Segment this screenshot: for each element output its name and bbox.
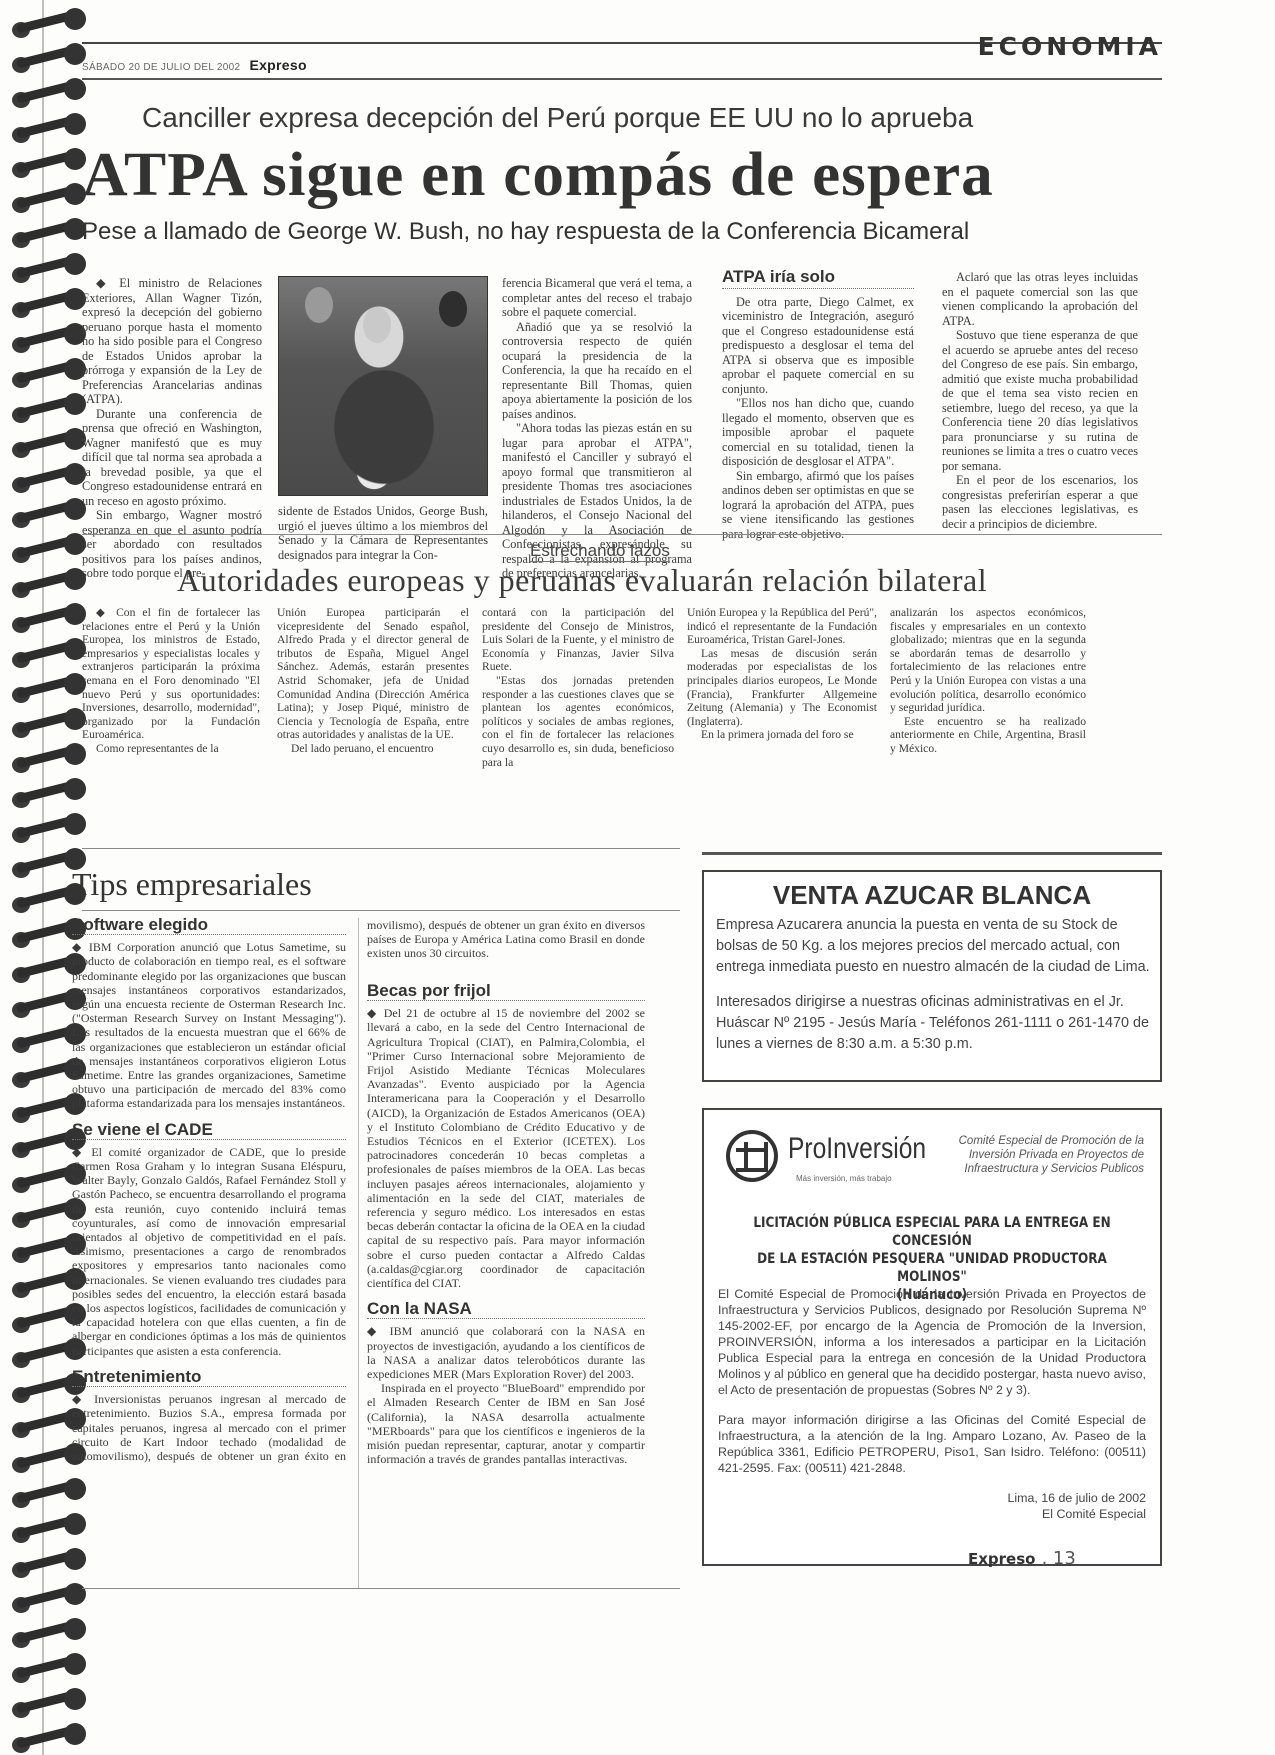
- sugar-sale-ad: VENTA AZUCAR BLANCA Empresa Azucarera an…: [702, 870, 1162, 1082]
- paragraph: "Ellos nos han dicho que, cuando llegado…: [722, 396, 914, 469]
- lead-kicker: Canciller expresa decepción del Perú por…: [142, 102, 973, 134]
- coil-hole: [64, 1653, 86, 1675]
- spiral-coil: [12, 148, 82, 178]
- spiral-coil: [12, 813, 82, 843]
- spiral-coil: [12, 1723, 82, 1753]
- coil-hole: [64, 813, 86, 835]
- section-label: ECONOMIA: [978, 32, 1162, 61]
- coil-hole: [64, 253, 86, 275]
- spiral-coil: [12, 253, 82, 283]
- footer-brand: Expreso: [968, 1550, 1035, 1568]
- paragraph: ◆ El ministro de Relaciones Exteriores, …: [82, 276, 262, 407]
- paragraph: Durante una conferencia de prensa que of…: [82, 407, 262, 509]
- spiral-coil: [12, 778, 82, 808]
- paragraph: Las mesas de discusión serán moderadas p…: [687, 647, 877, 729]
- spiral-coil: [12, 323, 82, 353]
- ad-title: VENTA AZUCAR BLANCA: [704, 880, 1160, 911]
- paragraph: En el peor de los escenarios, los congre…: [942, 473, 1138, 531]
- spiral-coil: [12, 1513, 82, 1543]
- paragraph: De otra parte, Diego Calmet, ex vicemini…: [722, 295, 914, 397]
- proinversion-logo-icon: [726, 1130, 778, 1182]
- spiral-coil: [12, 533, 82, 563]
- second-column-1: ◆ Con el fin de fortalecer las relacione…: [82, 606, 260, 756]
- tip-title: Software elegido: [72, 918, 346, 935]
- ad-paragraph: Para mayor información dirigirse a las O…: [718, 1412, 1146, 1476]
- paragraph: En la primera jornada del foro se: [687, 728, 877, 742]
- ad-body: Empresa Azucarera anuncia la puesta en v…: [704, 911, 1160, 1055]
- coil-hole: [64, 778, 86, 800]
- paragraph: "Estas dos jornadas pretenden responder …: [482, 674, 674, 769]
- paragraph: Sin embargo, afirmó que los países andin…: [722, 469, 914, 542]
- spiral-coil: [12, 1583, 82, 1613]
- tips-column-2: movilismo), después de obtener un gran é…: [367, 918, 645, 1467]
- paragraph: Del lado peruano, el encuentro: [277, 742, 469, 756]
- ad-signature: El Comité Especial: [718, 1506, 1146, 1522]
- lead-headline: ATPA sigue en compás de espera: [82, 140, 994, 211]
- logo-name: ProInversión: [788, 1132, 926, 1166]
- divider-rule: [82, 910, 680, 911]
- tip-title: Entretenimiento: [72, 1370, 346, 1387]
- coil-hole: [64, 113, 86, 135]
- spiral-coil: [12, 113, 82, 143]
- column-rule: [358, 918, 359, 1588]
- spiral-coil: [12, 673, 82, 703]
- tip-title: Se viene el CADE: [72, 1123, 346, 1140]
- second-column-2: Unión Europea participarán el vicepresid…: [277, 606, 469, 756]
- tender-title-line: DE LA ESTACIÓN PESQUERA "UNIDAD PRODUCTO…: [736, 1250, 1128, 1286]
- tip-title: Con la NASA: [367, 1302, 645, 1319]
- ad-paragraph: El Comité Especial de Promoción de la In…: [718, 1286, 1146, 1398]
- spiral-coil: [12, 1688, 82, 1718]
- spiral-coil: [12, 1478, 82, 1508]
- tip-text: Inspirada en el proyecto "BlueBoard" emp…: [367, 1381, 645, 1466]
- tip-text-continued: movilismo), después de obtener un gran é…: [367, 918, 645, 976]
- header-rule-bottom: [82, 78, 1162, 80]
- logo-tagline: Más inversión, más trabajo: [796, 1174, 892, 1183]
- coil-hole: [64, 1618, 86, 1640]
- tip-text: ◆ Inversionistas peruanos ingresan al me…: [72, 1392, 346, 1464]
- second-column-5: analizarán los aspectos económicos, fisc…: [890, 606, 1086, 756]
- lead-deck: Pese a llamado de George W. Bush, no hay…: [82, 218, 969, 246]
- page-footer: Expreso, 13: [968, 1548, 1076, 1569]
- spiral-coil: [12, 463, 82, 493]
- coil-hole: [64, 1723, 86, 1745]
- spiral-coil: [12, 498, 82, 528]
- coil-hole: [64, 1688, 86, 1710]
- dateline-text: SÁBADO 20 DE JULIO DEL 2002: [82, 62, 240, 73]
- spiral-coil: [12, 8, 82, 38]
- spiral-coil: [12, 743, 82, 773]
- paragraph: Añadió que ya se resolvió la controversi…: [502, 320, 692, 422]
- paragraph: Unión Europea participarán el vicepresid…: [277, 606, 469, 742]
- paragraph: sidente de Estados Unidos, George Bush, …: [278, 504, 488, 562]
- paragraph: Unión Europea y la República del Perú", …: [687, 606, 877, 647]
- tips-column-1: Software elegido ◆ IBM Corporation anunc…: [72, 918, 346, 1464]
- paragraph: ferencia Bicameral que verá el tema, a c…: [502, 276, 692, 320]
- paragraph: analizarán los aspectos económicos, fisc…: [890, 606, 1086, 715]
- spiral-coil: [12, 708, 82, 738]
- ad-paragraph: Empresa Azucarera anuncia la puesta en v…: [716, 915, 1150, 978]
- ad-date: Lima, 16 de julio de 2002: [718, 1490, 1146, 1506]
- paragraph: contará con la participación del preside…: [482, 606, 674, 674]
- spiral-coil: [12, 393, 82, 423]
- photo-face: [305, 287, 333, 323]
- bush-photo: [278, 276, 488, 496]
- ad-body: El Comité Especial de Promoción de la In…: [718, 1286, 1146, 1522]
- sidebar-title: ATPA iría solo: [722, 270, 914, 289]
- photo-face: [439, 291, 467, 327]
- paragraph: Sostuvo que tiene esperanza de que el ac…: [942, 328, 1138, 473]
- spiral-binding: [0, 0, 80, 1755]
- divider-rule: [702, 852, 1162, 855]
- committee-name: Comité Especial de Promoción de la Inver…: [934, 1134, 1144, 1176]
- coil-hole: [64, 1548, 86, 1570]
- spiral-coil: [12, 288, 82, 318]
- paragraph: Como representantes de la: [82, 742, 260, 756]
- tips-section-title: Tips empresariales: [72, 866, 312, 903]
- coil-hole: [64, 8, 86, 30]
- page-number: , 13: [1041, 1548, 1075, 1569]
- spiral-coil: [12, 218, 82, 248]
- second-kicker: Estrechando lazos: [530, 541, 670, 562]
- photo-face: [363, 307, 391, 343]
- lead-column-2: sidente de Estados Unidos, George Bush, …: [278, 504, 488, 562]
- proinversion-ad: ProInversión Más inversión, más trabajo …: [702, 1108, 1162, 1566]
- spiral-coil: [12, 638, 82, 668]
- spiral-coil: [12, 1548, 82, 1578]
- divider-rule: [82, 848, 680, 849]
- spiral-coil: [12, 428, 82, 458]
- tip-text: ◆ Del 21 de octubre al 15 de noviembre d…: [367, 1006, 645, 1290]
- coil-hole: [64, 1513, 86, 1535]
- second-headline: Autoridades europeas y peruanas evaluará…: [177, 562, 987, 599]
- spiral-coil: [12, 183, 82, 213]
- spiral-coil: [12, 43, 82, 73]
- coil-hole: [64, 1478, 86, 1500]
- paragraph: Este encuentro se ha realizado anteriorm…: [890, 715, 1086, 756]
- spiral-coil: [12, 1618, 82, 1648]
- lead-column-5: Aclaró que las otras leyes incluidas en …: [942, 270, 1138, 531]
- tip-text: ◆ El comité organizador de CADE, que lo …: [72, 1145, 346, 1358]
- spiral-coil: [12, 603, 82, 633]
- divider-rule: [82, 534, 1162, 535]
- second-column-3: contará con la participación del preside…: [482, 606, 674, 769]
- dateline: SÁBADO 20 DE JULIO DEL 2002 Expreso: [82, 57, 307, 73]
- spiral-coil: [12, 1653, 82, 1683]
- coil-hole: [64, 1583, 86, 1605]
- lead-column-4: ATPA iría solo De otra parte, Diego Calm…: [722, 270, 914, 541]
- spiral-coil: [12, 78, 82, 108]
- tip-title: Becas por frijol: [367, 984, 645, 1001]
- paragraph: Aclaró que las otras leyes incluidas en …: [942, 270, 1138, 328]
- newspaper-name: Expreso: [249, 57, 306, 73]
- tip-text: ◆ IBM anunció que colaborará con la NASA…: [367, 1324, 645, 1381]
- tender-title-line: LICITACIÓN PÚBLICA ESPECIAL PARA LA ENTR…: [736, 1214, 1128, 1250]
- ad-paragraph: Interesados dirigirse a nuestras oficina…: [716, 992, 1150, 1055]
- page-number-value: 13: [1053, 1548, 1076, 1569]
- paragraph: ◆ Con el fin de fortalecer las relacione…: [82, 606, 260, 742]
- divider-rule: [82, 1588, 680, 1589]
- coil-hole: [64, 78, 86, 100]
- spiral-coil: [12, 568, 82, 598]
- spiral-coil: [12, 358, 82, 388]
- second-column-4: Unión Europea y la República del Perú", …: [687, 606, 877, 742]
- tip-text: ◆ IBM Corporation anunció que Lotus Same…: [72, 940, 346, 1110]
